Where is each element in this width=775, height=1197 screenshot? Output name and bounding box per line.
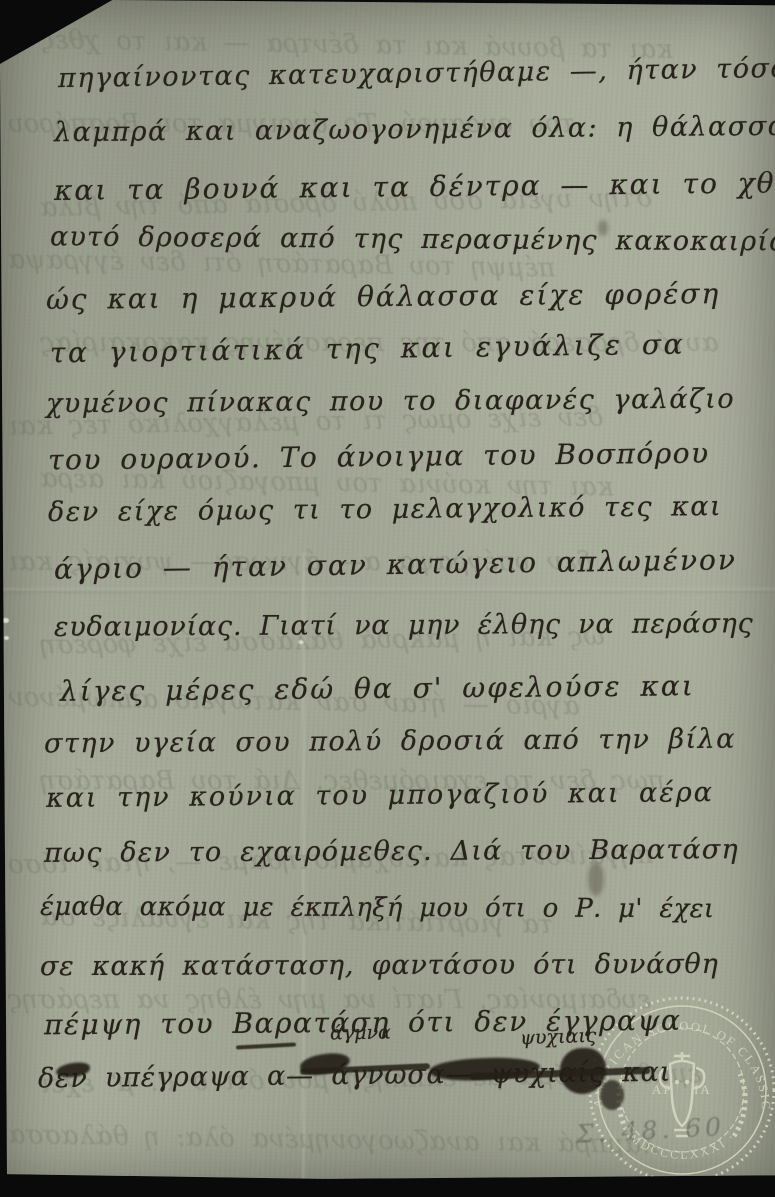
scanned-letter-page: και τα βουνά και τα δέντρα — και το χθες…	[0, 0, 775, 1197]
strikethrough-mark	[236, 1042, 296, 1049]
handwritten-line: λαμπρά και αναζωογονημένα όλα: η θάλασσα	[54, 111, 775, 148]
handwritten-line: αυτό δροσερά από της περασμένης κακοκαιρ…	[50, 221, 775, 257]
handwritten-line: ευδαιμονίας. Γιατί να μην έλθης να περάσ…	[54, 608, 754, 643]
handwritten-line: δεν είχε όμως τι το μελαγχολικό τες και	[48, 491, 722, 528]
handwritten-line: στην υγεία σου πολύ δροσιά από την βίλα	[44, 724, 736, 760]
show-through-line: λαμπρά και αναζωογονημένα όλα: η θάλασσα	[8, 1120, 658, 1160]
paper-speck	[4, 636, 9, 640]
handwritten-line: σε κακή κατάσταση, φαντάσου ότι δυνάσθη	[40, 949, 719, 982]
horizontal-fold-crease	[0, 588, 775, 593]
handwritten-line: έμαθα ακόμα με έκπληξή μου ότι ο Ρ. μ' έ…	[40, 892, 715, 924]
handwritten-line: λίγες μέρες εδώ θα σ' ωφελούσε και	[60, 669, 695, 708]
handwritten-line: χυμένος πίνακας που το διαφανές γαλάζιο	[46, 384, 735, 420]
handwritten-line: πως δεν το εχαιρόμεθες. Διά του Βαρατάση	[44, 834, 739, 869]
seal-center-letters-right: ΙΑ	[694, 1082, 712, 1097]
ink-smudge	[588, 862, 604, 896]
handwritten-line: και τα βουνά και τα δέντρα — και το χθες	[54, 166, 775, 207]
paper-speck	[2, 618, 9, 623]
ink-blot	[600, 1080, 624, 1110]
handwritten-line: και την κούνια του μπογαζιού και αέρα	[46, 777, 714, 814]
handwritten-line: πηγαίνοντας κατευχαριστήθαμε —, ήταν τόσ…	[58, 53, 775, 94]
handwritten-line: του ουρανού. Το άνοιγμα του Βοσπόρου	[48, 437, 710, 477]
interlinear-correction: άγμνα	[330, 1021, 391, 1044]
ink-smudge	[598, 220, 608, 236]
handwritten-line: ώς και η μακρυά θάλασσα είχε φορέση	[46, 277, 720, 316]
letter-paper: και τα βουνά και τα δέντρα — και το χθες…	[0, 0, 775, 1186]
interlinear-correction: ψυχιαις	[520, 1025, 597, 1050]
